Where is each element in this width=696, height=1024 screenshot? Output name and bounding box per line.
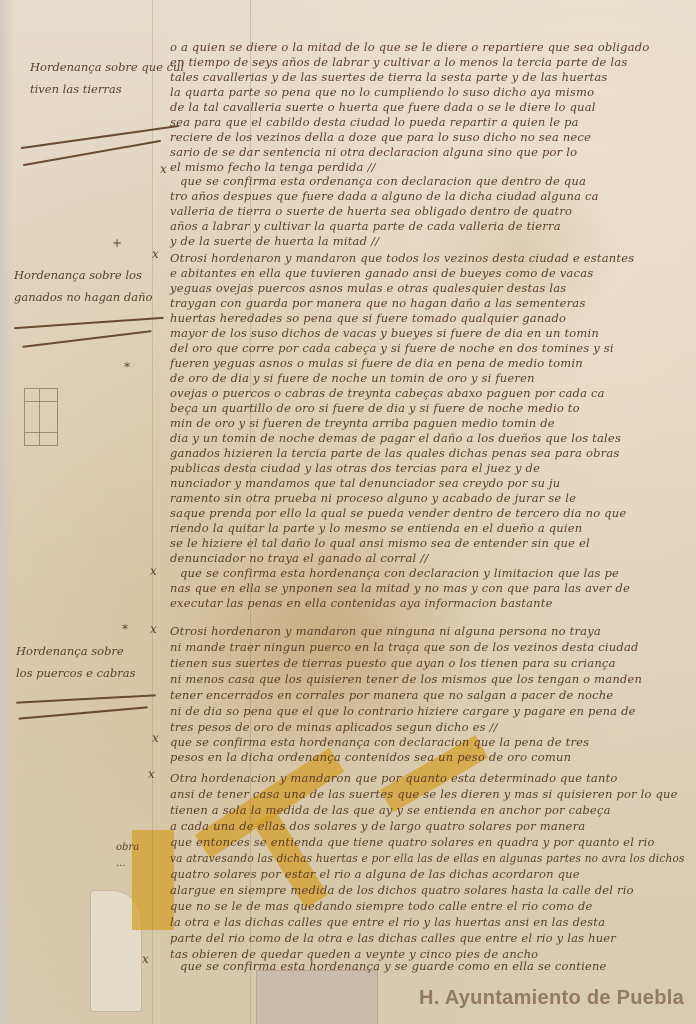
text-line: ovejas o puercos o cabras de treynta cab… xyxy=(170,386,605,400)
text-line: o a quien se diere o la mitad de lo que … xyxy=(170,40,650,54)
text-line: ansi de tener casa una de las suertes qu… xyxy=(170,787,678,801)
margin-note-line: obra xyxy=(116,840,139,856)
plus-mark: + xyxy=(112,236,122,250)
paper-edge xyxy=(0,0,14,1024)
text-line: años a labrar y cultivar la quarta parte… xyxy=(170,219,561,233)
text-line: tales cavallerias y de las suertes de ti… xyxy=(170,70,608,84)
margin-note-line: Hordenança sobre que cul xyxy=(30,56,184,78)
margin-note-livestock: Hordenança sobre los ganados no hagan da… xyxy=(14,264,152,308)
text-line: tro años despues que fuere dada a alguno… xyxy=(170,189,599,203)
cross-mark: x xyxy=(148,767,155,781)
flourish-line xyxy=(21,125,180,149)
text-line: del oro que corre por cada cabeça y si f… xyxy=(170,341,614,355)
text-line: la otra e las dichas calles que entre el… xyxy=(170,915,605,929)
cross-mark: x xyxy=(152,247,159,261)
archive-watermark: H. Ayuntamiento de Puebla xyxy=(419,987,684,1010)
text-line: el mismo fecho la tenga perdida // xyxy=(170,160,376,174)
text-line: ni menos casa que los quisieren tener de… xyxy=(170,672,642,686)
text-line: de oro de dia y si fuere de noche un tom… xyxy=(170,371,535,385)
text-line: executar las penas en ella contenidas ay… xyxy=(170,596,553,610)
text-line: tienen a sola la medida de las que ay y … xyxy=(170,803,611,817)
text-line: fueren yeguas asnos o mulas si fuere de … xyxy=(170,356,583,370)
text-line: saque prenda por ello la qual se pueda v… xyxy=(170,506,626,520)
text-line: tienen sus suertes de tierras puesto que… xyxy=(170,656,616,670)
text-line: mayor de los suso dichos de vacas y buey… xyxy=(170,326,599,340)
text-line: reciere de los vezinos della a doze que … xyxy=(170,130,591,144)
manuscript-page: Hordenança sobre que cul tiven las tierr… xyxy=(0,0,696,1024)
text-line: ganados hizieren la tercia parte de las … xyxy=(170,446,620,460)
flourish-line xyxy=(18,706,148,719)
text-line: que se confirma esta ordenança con decla… xyxy=(180,174,586,188)
text-line: tres pesos de oro de minas aplicados seg… xyxy=(170,720,498,734)
text-line: parte del rio como de la otra e las dich… xyxy=(170,931,616,945)
text-line: beça un quartillo de oro si fuere de dia… xyxy=(170,401,580,415)
text-line: ni de dia so pena que el que lo contrari… xyxy=(170,704,636,718)
text-line: valleria de tierra o suerte de huerta se… xyxy=(170,204,572,218)
text-line: denunciador no traya el ganado al corral… xyxy=(170,551,428,565)
text-line: en tiempo de seys años de labrar y culti… xyxy=(170,55,627,69)
flourish-line xyxy=(14,317,164,329)
flourish-line xyxy=(16,694,156,703)
text-line: Otra hordenacion y mandaron que por quan… xyxy=(170,771,618,785)
text-line: publicas desta ciudad y las otras dos te… xyxy=(170,461,540,475)
text-line: que se confirma esta hordenança y se gua… xyxy=(180,959,607,973)
text-line: sario de se dar sentencia ni otra declar… xyxy=(170,145,577,159)
star-mark: * xyxy=(124,360,130,374)
cross-mark: x xyxy=(160,162,167,176)
margin-note-line: Hordenança sobre xyxy=(16,640,136,662)
margin-note-line: los puercos e cabras xyxy=(16,662,136,684)
cross-mark: x xyxy=(150,564,157,578)
text-line: traygan con guarda por manera que no hag… xyxy=(170,296,585,310)
text-line: riendo la quitar la parte y lo mesmo se … xyxy=(170,521,582,535)
margin-note-line: Hordenança sobre los xyxy=(14,264,152,286)
text-line: min de oro y si fueren de treynta arriba… xyxy=(170,416,555,430)
text-line: nas que en ella se ynponen sea la mitad … xyxy=(170,581,630,595)
cross-mark: x xyxy=(150,622,157,636)
text-line: que se confirma esta hordenança con decl… xyxy=(180,566,619,580)
text-line: pesos en la dicha ordenança contenidos s… xyxy=(170,750,571,764)
margin-note-line: tiven las tierras xyxy=(30,78,184,100)
text-line: ni mande traer ningun puerco en la traça… xyxy=(170,640,639,654)
text-line: que se confirma esta hordenança con decl… xyxy=(170,735,589,749)
flourish-line xyxy=(22,330,151,348)
text-line: se le hiziere el tal daño lo qual ansi m… xyxy=(170,536,590,550)
text-line: Otrosi hordenaron y mandaron que ninguna… xyxy=(170,624,601,638)
text-line: tener encerrados en corrales por manera … xyxy=(170,688,613,702)
margin-note-pigs: Hordenança sobre los puercos e cabras xyxy=(16,640,136,684)
star-mark: * xyxy=(122,622,128,636)
text-line: e abitantes en ella que tuvieren ganado … xyxy=(170,266,593,280)
margin-note-works: obra ... xyxy=(116,840,139,872)
text-line: nunciador y mandamos que tal denunciador… xyxy=(170,476,560,490)
text-line: ramento sin otra prueba ni proceso algun… xyxy=(170,491,576,505)
cross-mark: x xyxy=(152,731,159,745)
cross-mark: x xyxy=(142,952,149,966)
grid-sketch xyxy=(24,388,58,446)
margin-note-cultivation: Hordenança sobre que cul tiven las tierr… xyxy=(30,56,184,100)
margin-note-line: ... xyxy=(116,856,139,872)
text-line: va atravesando las dichas huertas e por … xyxy=(170,851,685,865)
text-line: yeguas ovejas puercos asnos mulas e otra… xyxy=(170,281,566,295)
margin-ruling xyxy=(152,0,153,1024)
text-line: de la tal cavalleria suerte o huerta que… xyxy=(170,100,596,114)
text-line: que entonces se entienda que tiene quatr… xyxy=(170,835,655,849)
text-line: Otrosi hordenaron y mandaron que todos l… xyxy=(170,251,634,265)
text-line: quatro solares por estar el rio a alguna… xyxy=(170,867,580,881)
text-line: la quarta parte so pena que no lo cumpli… xyxy=(170,85,594,99)
text-line: a cada una de ellas dos solares y de lar… xyxy=(170,819,585,833)
text-line: huertas heredades so pena que si fuere t… xyxy=(170,311,566,325)
text-line: alargue en siempre medida de los dichos … xyxy=(170,883,634,897)
margin-note-line: ganados no hagan daño xyxy=(14,286,152,308)
text-line: sea para que el cabildo desta ciudad lo … xyxy=(170,115,579,129)
text-line: dia y un tomin de noche demas de pagar e… xyxy=(170,431,621,445)
text-line: y de la suerte de huerta la mitad // xyxy=(170,234,379,248)
paper-repair-patch xyxy=(256,970,378,1024)
text-line: que no se le de mas quedando siempre tod… xyxy=(170,899,593,913)
